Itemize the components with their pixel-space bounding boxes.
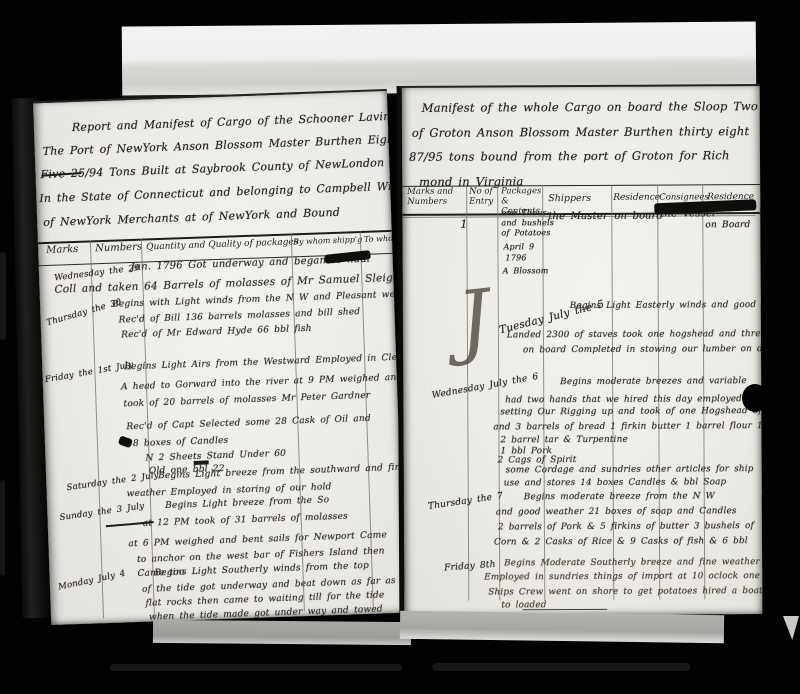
microfilm-scan: Report and Manifest of Cargo of the Scho… xyxy=(0,0,800,694)
manifest-header-line: 87/95 tons bound from the port of Groton… xyxy=(409,148,730,164)
manifest-header-line: Five 25/94 Tons Built at Saybrook County… xyxy=(40,156,384,181)
log-line: Employed in sundries things of import at… xyxy=(484,571,762,583)
book-bottom-page-edges xyxy=(153,620,411,645)
residence-cell: on Board xyxy=(705,220,750,230)
log-line: Begins Light Airs from the Westward Empl… xyxy=(124,350,405,372)
film-smear xyxy=(0,480,5,576)
log-day-label: Thursday the 7 xyxy=(427,491,503,512)
log-line: and good weather 21 boxes of soap and Ca… xyxy=(496,506,737,517)
log-line: took of 20 barrels of molasses Mr Peter … xyxy=(123,391,370,410)
log-day-label: Friday 8th xyxy=(444,560,496,574)
packages-cell-line: April 9 xyxy=(503,242,534,251)
log-day-label: Friday the 1st July xyxy=(44,360,134,385)
log-line: Corn & 2 Casks of Rice & 9 Casks of fish… xyxy=(494,536,748,547)
underline-flourish xyxy=(522,609,607,610)
log-line: N 2 Sheets Stand Under 60 xyxy=(145,449,286,464)
column-header-numbers: Numbers xyxy=(95,242,142,255)
film-smear xyxy=(0,252,6,340)
manifest-header-line: of Groton Anson Blossom Master Burthen t… xyxy=(412,124,749,140)
manifest-header-line: In the State of Connecticut and belongin… xyxy=(39,179,405,205)
log-line: Rec'd of Mr Edward Hyde 66 bbl fish xyxy=(121,324,312,341)
log-line: A head to Gorward into the river at 9 PM… xyxy=(121,371,405,392)
book-bottom-page-edges xyxy=(400,611,724,644)
strikethrough-mark xyxy=(194,460,209,465)
packages-cell-line: 1796 xyxy=(505,253,526,262)
column-header-residence: Residence xyxy=(613,193,660,203)
log-day-label: Sunday the 3 July xyxy=(59,501,145,523)
manifest-header-line: The Port of NewYork Anson Blossom Master… xyxy=(42,132,405,158)
log-line: Rec'd of Capt Selected some 28 Cask of O… xyxy=(126,414,371,433)
log-line: at 12 PM took of 31 barrels of molasses xyxy=(143,512,348,529)
ink-blot xyxy=(118,435,133,448)
log-line: and 3 barrels of bread 1 firkin butter 1… xyxy=(493,421,762,433)
log-line: Landed 2300 of staves took one hogshead … xyxy=(507,329,762,341)
packages-cell-line: A Blossom xyxy=(503,266,549,275)
log-line: 2 Cags of Spirit xyxy=(498,455,577,465)
log-line: use and stores 14 boxes Candles & bbl So… xyxy=(504,477,727,488)
log-line: 8 boxes of Candles xyxy=(133,436,229,449)
log-line: Begins Moderate Southerly breeze and fin… xyxy=(504,557,760,568)
right-page: Manifest of the whole Cargo on board the… xyxy=(397,84,763,616)
log-line: Begins Light Easterly winds and good wea… xyxy=(570,300,763,311)
film-smear xyxy=(432,663,690,671)
log-line: Begins Light Southerly winds from the to… xyxy=(154,561,369,578)
log-line: on board Completed in stowing our lumber… xyxy=(523,344,762,355)
log-line: had two hands that we hired this day emp… xyxy=(505,394,756,405)
film-smear xyxy=(110,664,402,671)
manifest-header-line: Report and Manifest of Cargo of the Scho… xyxy=(72,107,405,134)
log-line: setting Our Rigging up and took of one H… xyxy=(500,406,762,418)
pen-flourish: J xyxy=(453,272,495,368)
log-line: at 6 PM weighed and bent sails for Newpo… xyxy=(128,530,387,549)
packages-cell-line: of Potatoes xyxy=(501,228,550,237)
column-header-consignee: To whom xyxy=(364,234,401,244)
left-page: Report and Manifest of Cargo of the Scho… xyxy=(33,89,405,625)
column-header-entry-no: No of Entry xyxy=(469,187,495,207)
packages-cell-line: and bushels xyxy=(501,218,554,227)
column-header-shippers: Shippers xyxy=(548,193,591,204)
manifest-header-line: of NewYork Merchants at of NewYork and B… xyxy=(43,206,340,229)
packages-cell-line: one Thous- xyxy=(501,208,550,217)
log-line: 2 barrel tar & Turpentine xyxy=(500,435,627,446)
shipper-cell: the Master xyxy=(548,211,608,222)
column-header-marks: Marks xyxy=(46,244,79,256)
entry-number: 1 xyxy=(460,218,467,231)
log-day-label: Monday July 4 xyxy=(57,569,126,593)
column-rule xyxy=(90,240,104,618)
manifest-header-line: Manifest of the whole Cargo on board the… xyxy=(422,99,763,115)
page-edge-notch xyxy=(742,384,768,412)
log-line: Begins moderate breezes and variable xyxy=(560,376,747,387)
log-line: Begins Light breeze from the So xyxy=(165,495,329,511)
column-header-marks-numbers: Marks and Numbers xyxy=(407,188,459,208)
paper-corner-fragment xyxy=(783,616,799,640)
log-line: Begins moderate breeze from the N W xyxy=(524,491,715,502)
log-line: some Cordage and sundries other articles… xyxy=(506,464,754,475)
log-line: Rec'd of Bill 136 barrels molasses and b… xyxy=(118,307,360,325)
log-line: 2 barrels of Pork & 5 firkins of butter … xyxy=(498,521,754,532)
log-line: Ships Crew went on shore to get potatoes… xyxy=(488,586,762,597)
